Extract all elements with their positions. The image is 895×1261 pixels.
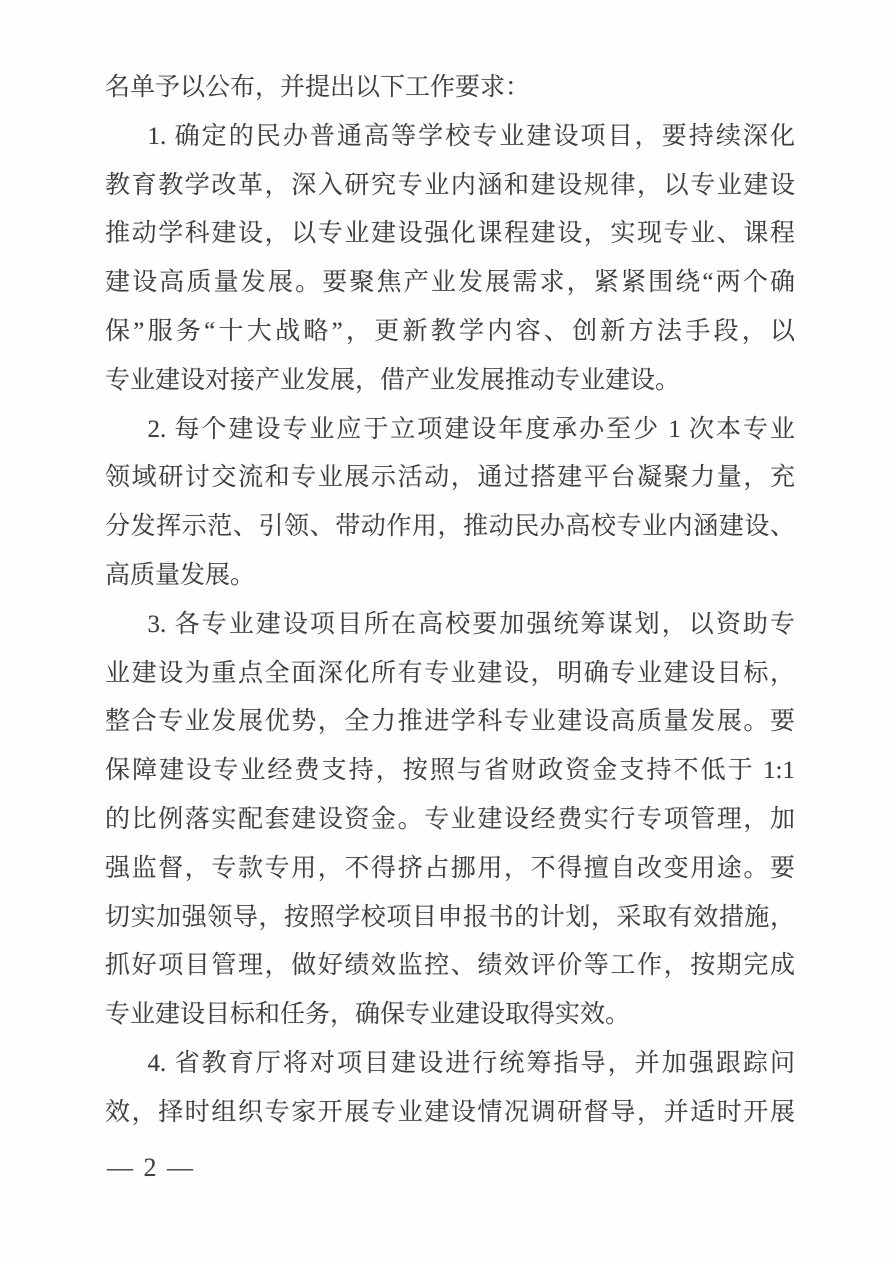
text-line: 建设高质量发展。要聚焦产业发展需求，紧紧围绕“两个确 <box>105 259 795 308</box>
text-line: 效，择时组织专家开展专业建设情况调研督导，并适时开展 <box>105 1089 795 1138</box>
text-line: 抓好项目管理，做好绩效监控、绩效评价等工作，按期完成 <box>105 942 795 991</box>
text-line: 分发挥示范、引领、带动作用，推动民办高校专业内涵建设、 <box>105 503 795 552</box>
text-line: 1. 确定的民办普通高等学校专业建设项目，要持续深化 <box>105 113 795 162</box>
text-line: 领域研讨交流和专业展示活动，通过搭建平台凝聚力量，充 <box>105 454 795 503</box>
text-line: 高质量发展。 <box>105 552 795 601</box>
text-line: 业建设为重点全面深化所有专业建设，明确专业建设目标， <box>105 650 795 699</box>
text-line: 教育教学改革，深入研究专业内涵和建设规律，以专业建设 <box>105 162 795 211</box>
text-line: 保”服务“十大战略”，更新教学内容、创新方法手段，以 <box>105 308 795 357</box>
scanned-document-page: 名单予以公布，并提出以下工作要求： 1. 确定的民办普通高等学校专业建设项目，要… <box>0 0 895 1261</box>
text-line: 推动学科建设，以专业建设强化课程建设，实现专业、课程 <box>105 210 795 259</box>
text-line: 4. 省教育厅将对项目建设进行统筹指导，并加强跟踪问 <box>105 1040 795 1089</box>
text-line: 名单予以公布，并提出以下工作要求： <box>105 64 795 113</box>
text-line: 强监督，专款专用，不得挤占挪用，不得擅自改变用途。要 <box>105 845 795 894</box>
text-line: 整合专业发展优势，全力推进学科专业建设高质量发展。要 <box>105 698 795 747</box>
text-line: 保障建设专业经费支持，按照与省财政资金支持不低于 1:1 <box>105 747 795 796</box>
page-number: — 2 — <box>107 1148 195 1188</box>
text-line: 的比例落实配套建设资金。专业建设经费实行专项管理，加 <box>105 796 795 845</box>
text-line: 2. 每个建设专业应于立项建设年度承办至少 1 次本专业 <box>105 406 795 455</box>
text-line: 专业建设对接产业发展，借产业发展推动专业建设。 <box>105 357 795 406</box>
document-body: 名单予以公布，并提出以下工作要求： 1. 确定的民办普通高等学校专业建设项目，要… <box>105 0 795 1138</box>
text-line: 切实加强领导，按照学校项目申报书的计划，采取有效措施， <box>105 894 795 943</box>
text-line: 专业建设目标和任务，确保专业建设取得实效。 <box>105 991 795 1040</box>
text-line: 3. 各专业建设项目所在高校要加强统筹谋划，以资助专 <box>105 601 795 650</box>
